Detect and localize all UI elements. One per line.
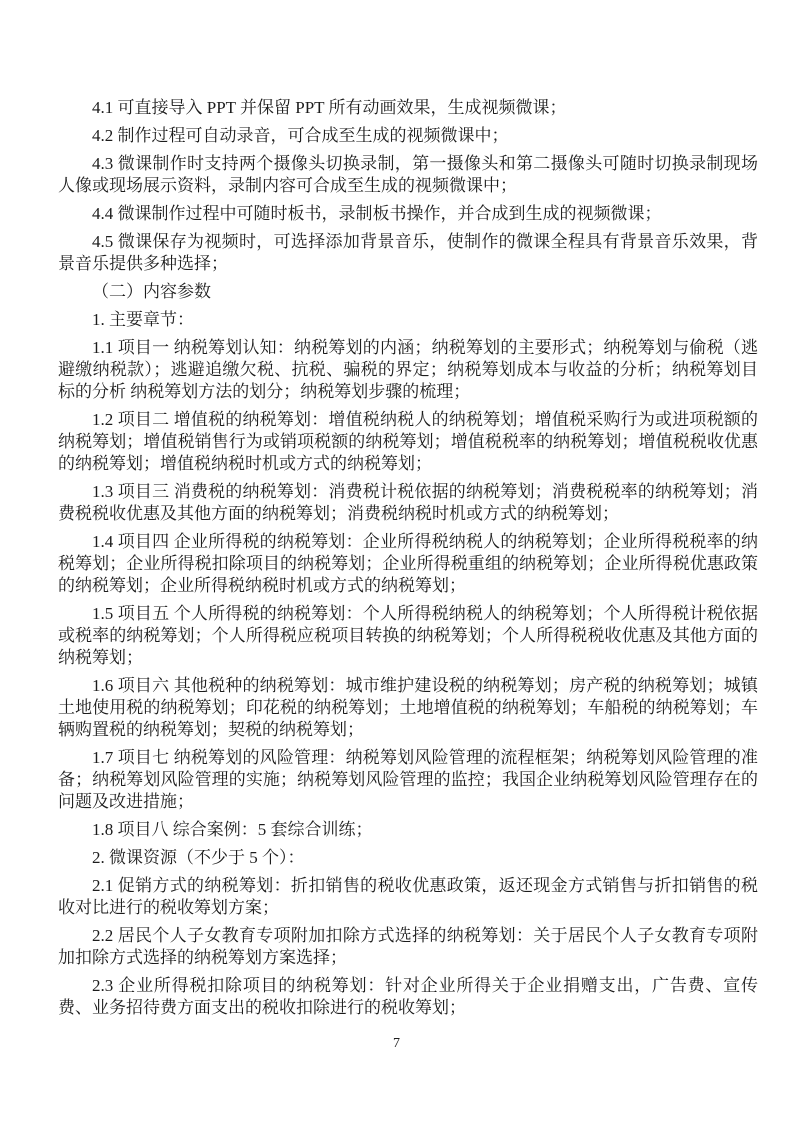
- page-number: 7: [0, 1036, 793, 1052]
- list-heading: 1. 主要章节：: [58, 309, 758, 331]
- paragraph: 4.2 制作过程可自动录音，可合成至生成的视频微课中；: [58, 125, 758, 147]
- document-page: 4.1 可直接导入 PPT 并保留 PPT 所有动画效果，生成视频微课； 4.2…: [0, 0, 793, 1122]
- paragraph: 2.1 促销方式的纳税筹划：折扣销售的税收优惠政策，返还现金方式销售与折扣销售的…: [58, 875, 758, 919]
- paragraph: 1.8 项目八 综合案例：5 套综合训练；: [58, 819, 758, 841]
- paragraph: 1.5 项目五 个人所得税的纳税筹划：个人所得税纳税人的纳税筹划；个人所得税计税…: [58, 603, 758, 669]
- paragraph: 2.3 企业所得税扣除项目的纳税筹划：针对企业所得关于企业捐赠支出，广告费、宣传…: [58, 975, 758, 1019]
- paragraph: 4.1 可直接导入 PPT 并保留 PPT 所有动画效果，生成视频微课；: [58, 97, 758, 119]
- list-heading: 2. 微课资源（不少于 5 个）：: [58, 847, 758, 869]
- paragraph: 1.2 项目二 增值税的纳税筹划：增值税纳税人的纳税筹划；增值税采购行为或进项税…: [58, 409, 758, 475]
- paragraph: 4.3 微课制作时支持两个摄像头切换录制，第一摄像头和第二摄像头可随时切换录制现…: [58, 153, 758, 197]
- paragraph: 1.3 项目三 消费税的纳税筹划：消费税计税依据的纳税筹划；消费税税率的纳税筹划…: [58, 481, 758, 525]
- paragraph: 1.4 项目四 企业所得税的纳税筹划：企业所得税纳税人的纳税筹划；企业所得税税率…: [58, 531, 758, 597]
- paragraph: 1.7 项目七 纳税筹划的风险管理：纳税筹划风险管理的流程框架；纳税筹划风险管理…: [58, 747, 758, 813]
- paragraph: 1.6 项目六 其他税种的纳税筹划：城市维护建设税的纳税筹划；房产税的纳税筹划；…: [58, 675, 758, 741]
- section-heading: （二）内容参数: [58, 281, 758, 303]
- paragraph: 2.2 居民个人子女教育专项附加扣除方式选择的纳税筹划：关于居民个人子女教育专项…: [58, 925, 758, 969]
- paragraph: 1.1 项目一 纳税筹划认知：纳税筹划的内涵；纳税筹划的主要形式；纳税筹划与偷税…: [58, 337, 758, 403]
- paragraph: 4.5 微课保存为视频时，可选择添加背景音乐，使制作的微课全程具有背景音乐效果，…: [58, 231, 758, 275]
- paragraph: 4.4 微课制作过程中可随时板书，录制板书操作，并合成到生成的视频微课；: [58, 203, 758, 225]
